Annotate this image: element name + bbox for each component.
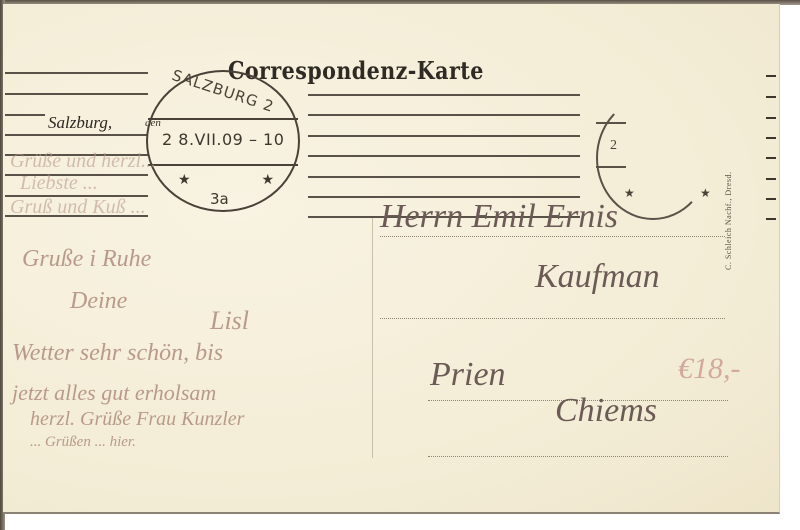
cancel-line xyxy=(308,176,580,178)
postmark-office-code: 3a xyxy=(210,190,229,208)
cancel-line xyxy=(308,114,580,116)
message-line: Gruße i Ruhe xyxy=(22,246,151,273)
cancel-line xyxy=(308,94,580,96)
star-icon: ★ xyxy=(624,186,635,201)
card-heading: Correspondenz-Karte xyxy=(228,56,484,85)
cancel-tick xyxy=(766,96,776,98)
address-recipient: Herrn Emil Ernis xyxy=(380,198,618,236)
star-icon: ★ xyxy=(261,172,274,189)
card-divider xyxy=(372,218,373,458)
address-region: Chiems xyxy=(555,392,657,430)
cancel-tick xyxy=(766,157,776,159)
printed-place: Salzburg, xyxy=(48,113,112,133)
message-line: herzl. Grüße Frau Kunzler xyxy=(30,408,244,431)
postmark-secondary-band xyxy=(596,122,626,124)
address-town: Prien xyxy=(430,356,506,394)
cancel-line xyxy=(5,93,148,95)
message-line: Liebste ... xyxy=(20,172,98,195)
address-occupation: Kaufman xyxy=(535,258,660,296)
cancel-tick xyxy=(766,218,776,220)
address-line xyxy=(380,318,725,319)
cancel-line xyxy=(5,72,148,74)
cancel-line xyxy=(5,114,45,116)
cancel-tick xyxy=(766,178,776,180)
postmark-secondary-band xyxy=(596,166,626,168)
message-line: Gruß und Kuß ... xyxy=(10,196,146,219)
cancel-tick xyxy=(766,117,776,119)
postmark-date: 2 8.VII.09 – 10 xyxy=(162,130,284,149)
address-line xyxy=(428,456,728,457)
message-line: Lisl xyxy=(210,306,249,336)
printer-credit: C. Schleich Nachf., Dresd. xyxy=(724,100,733,270)
cancel-line xyxy=(308,155,580,157)
message-line: Grüße und herzl... xyxy=(10,150,156,173)
cancel-line xyxy=(308,135,580,137)
cancel-tick xyxy=(766,198,776,200)
address-line xyxy=(380,236,725,237)
message-line: Deine xyxy=(70,288,127,315)
message-line: jetzt alles gut erholsam xyxy=(12,380,216,406)
postmark-salzburg: SALZBURG 2 2 8.VII.09 – 10 ★ ★ 3a xyxy=(146,70,300,212)
cancel-line xyxy=(5,134,148,136)
message-line: ... Grüßen ... hier. xyxy=(30,434,136,451)
price-mark: €18,- xyxy=(678,352,741,386)
star-icon: ★ xyxy=(700,186,711,201)
postmark-stars: ★ ★ xyxy=(178,172,274,189)
cancel-tick xyxy=(766,137,776,139)
postmark-secondary-digit: 2 xyxy=(610,138,617,154)
cancel-tick xyxy=(766,75,776,77)
message-line: Wetter sehr schön, bis xyxy=(12,340,223,367)
star-icon: ★ xyxy=(178,172,191,189)
